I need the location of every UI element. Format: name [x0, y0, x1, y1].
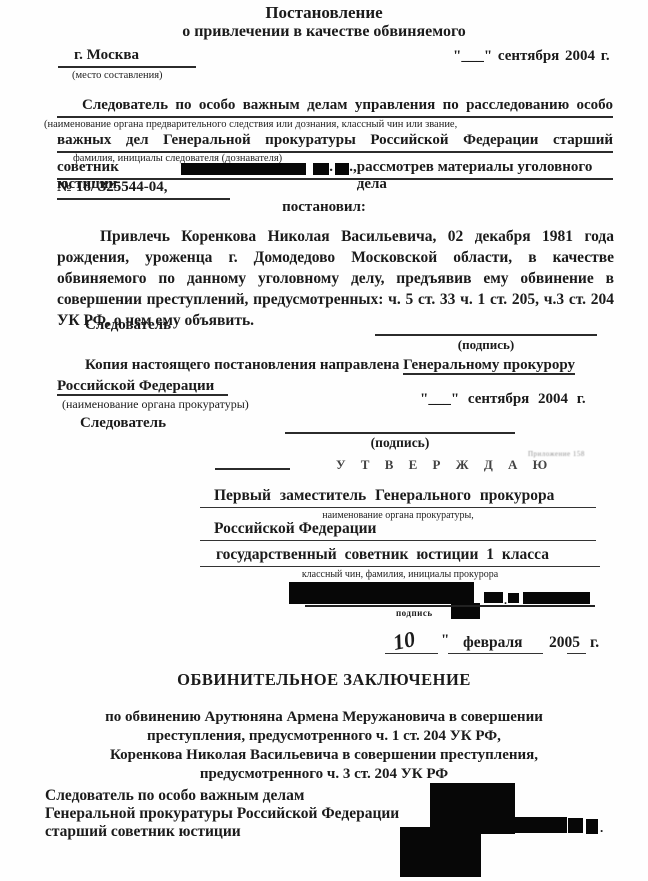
document-title: Постановление	[0, 3, 648, 23]
footer-line: старший советник юстиции	[45, 823, 399, 841]
copy-addressee-1: Генеральному прокурору	[403, 357, 575, 375]
handwritten-day: 10	[391, 626, 418, 656]
approver-rank: государственный советник юстиции 1 класс…	[200, 546, 600, 567]
date-year-suffix: г.	[590, 634, 599, 652]
place-value: г. Москва	[58, 47, 139, 63]
scanned-legal-document: Постановление о привлечении в качестве о…	[0, 0, 648, 881]
indictment-line: предусмотренного ч. 3 ст. 204 УК РФ	[40, 765, 608, 784]
redaction-initial-1	[313, 163, 329, 175]
copy-note-text: Копия настоящего постановления направлен…	[85, 357, 399, 373]
indictment-summary: по обвинению Арутюняна Армена Меружанови…	[40, 708, 608, 784]
preamble-form-label-1: (наименование органа предварительного сл…	[44, 119, 457, 130]
approval-signature-caption: подпись	[396, 608, 433, 618]
redaction-signature-initial-2	[508, 593, 519, 603]
prosecution-office-label: (наименование органа прокуратуры)	[62, 397, 249, 412]
day-underline	[385, 653, 438, 654]
month-underline	[448, 653, 543, 654]
footer-line: Следователь по особо важным делам	[45, 787, 399, 805]
redaction-signature-initial-1	[484, 592, 503, 603]
redaction-surname	[181, 163, 306, 175]
approval-heading: У Т В Е Р Ж Д А Ю	[336, 457, 553, 473]
redaction-dot-2: .,	[349, 159, 357, 176]
approver-line-2: Российской Федерации	[200, 520, 596, 541]
date-quote: "	[441, 632, 449, 649]
redaction-footer-initial-1	[568, 818, 583, 833]
redaction-signature-main	[289, 582, 474, 604]
investigator-role-1: Следователь	[85, 317, 171, 334]
date-year: 2005	[549, 634, 580, 652]
reviewed-text: рассмотрев материалы уголовного дела	[357, 159, 613, 193]
place-field: г. Москва	[58, 46, 196, 68]
redaction-footer-initial-2	[586, 819, 598, 834]
document-subtitle: о привлечении в качестве обвиняемого	[0, 23, 648, 41]
redaction-dot-1: .	[329, 159, 333, 176]
date-top: "___" сентября 2004 г.	[453, 48, 610, 65]
redaction-signature-name	[523, 592, 590, 604]
footer-investigator-block: Следователь по особо важным делам Генера…	[45, 787, 399, 842]
indictment-title: ОБВИНИТЕЛЬНОЕ ЗАКЛЮЧЕНИЕ	[0, 670, 648, 690]
year-underline	[567, 653, 586, 654]
footer-line: Генеральной прокуратуры Российской Федер…	[45, 805, 399, 823]
resolved-heading: постановил:	[0, 199, 648, 216]
redaction-footer-name	[515, 817, 567, 833]
approval-signature-line	[305, 605, 595, 607]
date-mid: "___" сентября 2004 г.	[420, 391, 586, 408]
preamble-line-3: советник юстиции . ., рассмотрев материа…	[57, 159, 613, 180]
signature-caption-1: (подпись)	[375, 337, 597, 353]
indictment-line: по обвинению Арутюняна Армена Меружанови…	[40, 708, 608, 727]
place-field-label: (место составления)	[72, 70, 163, 81]
signature-line-2	[285, 414, 515, 434]
signature-caption-2: (подпись)	[285, 435, 515, 451]
approval-left-line	[215, 452, 290, 470]
redaction-footer-dot: .	[600, 820, 603, 836]
date-month: февраля	[463, 634, 523, 652]
redaction-footer-signature-bottom	[400, 827, 481, 877]
preamble-line-2: важных дел Генеральной прокуратуры Росси…	[57, 132, 613, 153]
case-number: № 18/ 325544-04,	[57, 179, 230, 200]
copy-addressee-2: Российской Федерации	[57, 378, 228, 396]
approver-rank-label: классный чин, фамилия, инициалы прокурор…	[200, 569, 600, 580]
redaction-initial-2	[335, 163, 349, 175]
approver-line-1: Первый заместитель Генерального прокурор…	[200, 487, 596, 508]
indictment-line: Коренкова Николая Васильевича в совершен…	[40, 746, 608, 765]
investigator-role-2: Следователь	[80, 415, 166, 432]
signature-line-1	[375, 316, 597, 336]
preamble-line-1: Следователь по особо важным делам управл…	[57, 97, 613, 118]
indictment-line: преступления, предусмотренного ч. 1 ст. …	[40, 727, 608, 746]
